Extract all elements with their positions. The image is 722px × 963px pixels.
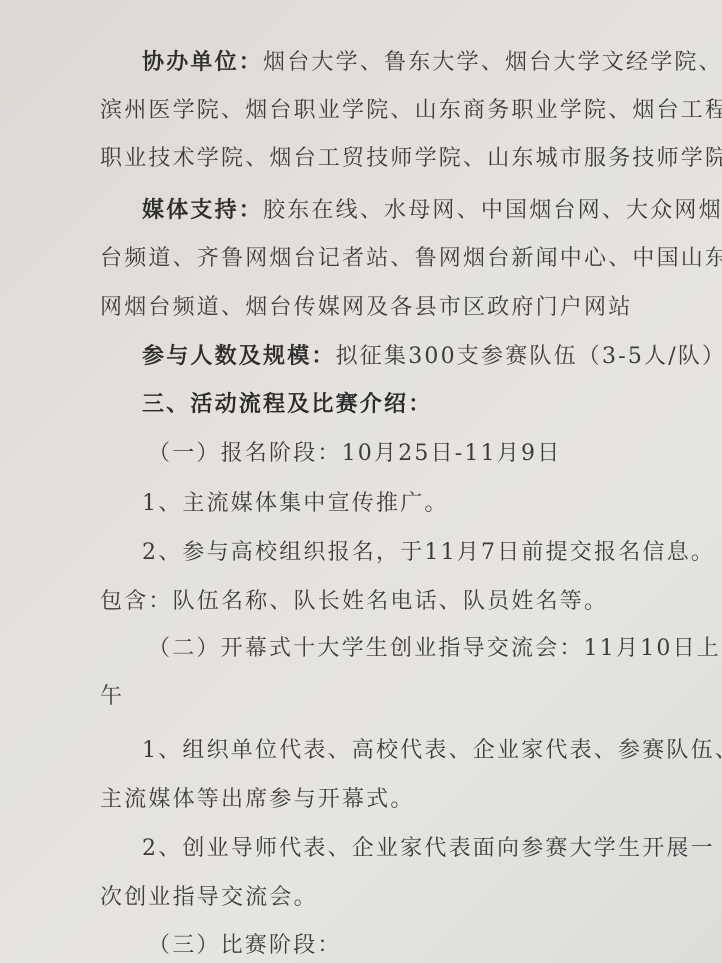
stage2-item-1-line-2: 主流媒体等出席参与开幕式。 [100,785,415,815]
co-organizers-label: 协办单位： [142,50,263,75]
media-support-line-1: 媒体支持：胶东在线、水母网、中国烟台网、大众网烟 [142,196,722,226]
stage1-title: （一）报名阶段：10月25日-11月9日 [148,439,561,469]
stage2-item-1-line-1: 1、组织单位代表、高校代表、企业家代表、参赛队伍、 [142,736,722,766]
scale-line: 参与人数及规模：拟征集300支参赛队伍（3-5人/队） [142,342,722,372]
stage2-item-2-line-2: 次创业指导交流会。 [100,883,318,913]
media-support-label: 媒体支持： [142,198,263,223]
section3-heading: 三、活动流程及比赛介绍： [142,390,432,420]
stage1-continuation: 包含：队伍名称、队长姓名电话、队员姓名等。 [100,587,608,617]
scale-label: 参与人数及规模： [142,344,336,369]
media-support-line-3: 网烟台频道、烟台传媒网及各县市区政府门户网站 [100,293,632,323]
stage2-title-line-1: （二）开幕式十大学生创业指导交流会：11月10日上 [148,634,721,664]
stage3-title: （三）比赛阶段： [148,931,342,961]
stage2-item-2-line-1: 2、创业导师代表、企业家代表面向参赛大学生开展一 [142,834,715,864]
media-support-line-2: 台频道、齐鲁网烟台记者站、鲁网烟台新闻中心、中国山东 [100,244,722,274]
co-organizers-line-2: 滨州医学院、烟台职业学院、山东商务职业学院、烟台工程 [100,96,722,126]
stage2-title-line-2: 午 [100,682,124,712]
document-page: 协办单位：烟台大学、鲁东大学、烟台大学文经学院、 滨州医学院、烟台职业学院、山东… [0,0,722,963]
co-organizers-line-1: 协办单位：烟台大学、鲁东大学、烟台大学文经学院、 [142,48,722,78]
stage1-item-2: 2、参与高校组织报名，于11月7日前提交报名信息。 [142,538,715,568]
co-organizers-line-3: 职业技术学院、烟台工贸技师学院、山东城市服务技师学院 [100,144,722,174]
stage1-item-1: 1、主流媒体集中宣传推广。 [142,489,449,519]
